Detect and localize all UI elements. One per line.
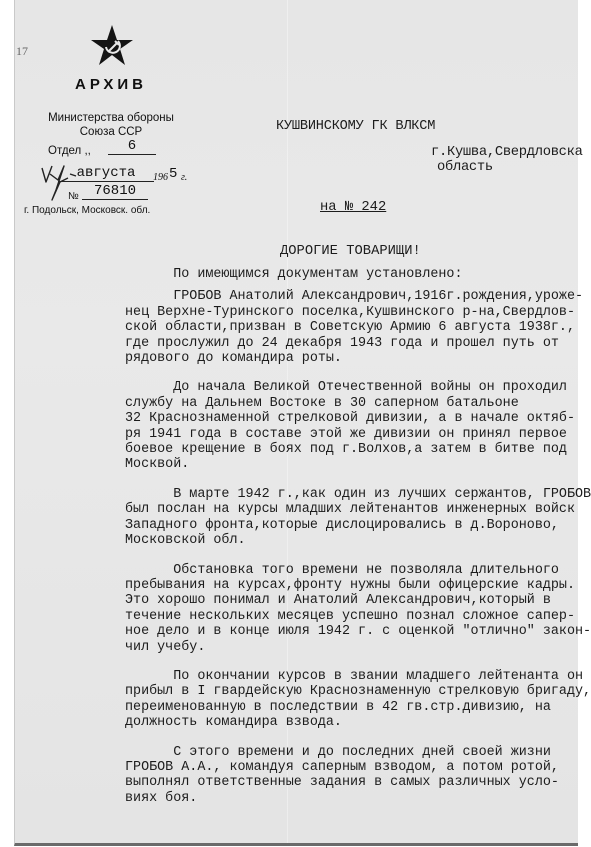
letter-paragraph: По имеющимся документам установлено: xyxy=(125,267,585,282)
letter-paragraph: С этого времени и до последних дней свое… xyxy=(125,745,585,807)
year-digit: 5 xyxy=(169,166,177,182)
letter-line: До начала Великой Отечественной войны он… xyxy=(125,380,585,395)
letter-paragraph: В марте 1942 г.,как один из лучших сержа… xyxy=(125,487,585,549)
letter-line: Это хорошо понимал и Анатолий Александро… xyxy=(125,593,585,608)
letter-line: ГРОБОВ Анатолий Александрович,1916г.рожд… xyxy=(125,289,585,304)
letter-line: боевое крещение в боях под г.Волхов,а за… xyxy=(125,442,585,457)
recipient: КУШВИНСКОМУ ГК ВЛКСМ xyxy=(276,119,435,134)
letter-line: ное дело и в конце июля 1942 г. с оценко… xyxy=(125,624,585,639)
archive-title: АРХИВ xyxy=(20,76,202,93)
union-name: Союза ССР xyxy=(20,126,202,138)
handwritten-signature-icon xyxy=(38,160,78,202)
address-region: область xyxy=(437,160,493,175)
letter-line: выполнял ответственные задания в самых р… xyxy=(125,775,585,790)
letter-line: виях боя. xyxy=(125,791,585,806)
reference-number: на № 242 xyxy=(320,200,386,215)
letter-line: нец Верхне-Туринского поселка,Кушвинског… xyxy=(125,305,585,320)
letter-line: С этого времени и до последних дней свое… xyxy=(125,745,585,760)
letter-line: рядового до командира роты. xyxy=(125,351,585,366)
address-city: г.Кушва,Свердловска xyxy=(431,145,583,160)
letter-line: службу на Дальнем Востоке в 30 саперном … xyxy=(125,396,585,411)
letter-line: По имеющимся документам установлено: xyxy=(125,267,585,282)
archive-city: г. Подольск, Московск. обл. xyxy=(24,205,204,216)
letter-line: В марте 1942 г.,как один из лучших сержа… xyxy=(125,487,585,502)
letter-paragraph: Обстановка того времени не позволяла дли… xyxy=(125,563,585,655)
letter-line: должность командира взвода. xyxy=(125,715,585,730)
letter-line: По окончании курсов в звании младшего ле… xyxy=(125,669,585,684)
archive-number: 76810 xyxy=(82,183,148,200)
letter-line: течение нескольких месяцев успешно позна… xyxy=(125,609,585,624)
letter-line: Московской обл. xyxy=(125,533,585,548)
year-suffix: г. xyxy=(181,172,187,183)
letter-line: чил учебу. xyxy=(125,640,585,655)
salutation: ДОРОГИЕ ТОВАРИЩИ! xyxy=(280,244,421,259)
dept-quote: ,, xyxy=(84,145,90,157)
letter-body: По имеющимся документам установлено: ГРО… xyxy=(125,267,585,820)
letter-line: 32 Краснознаменной стрелковой дивизии, а… xyxy=(125,411,585,426)
letter-line: прибыл в I гвардейскую Краснознаменную с… xyxy=(125,684,585,699)
archive-stamp: АРХИВ Министерства обороны Союза ССР Отд… xyxy=(20,0,200,215)
letter-paragraph: До начала Великой Отечественной войны он… xyxy=(125,380,585,472)
letter-line: пребывания на курсах,фронту нужны были о… xyxy=(125,578,585,593)
letter-paragraph: По окончании курсов в звании младшего ле… xyxy=(125,669,585,731)
ministry-name: Министерства обороны xyxy=(20,112,202,124)
letter-line: был послан на курсы младших лейтенантов … xyxy=(125,502,585,517)
letter-line: ря 1941 года в составе этой же дивизии о… xyxy=(125,427,585,442)
red-star-hammer-sickle-icon xyxy=(91,25,133,65)
letter-line: переименованную в последствии в 42 гв.ст… xyxy=(125,700,585,715)
letter-line: ГРОБОВ А.А., командуя саперным взводом, … xyxy=(125,760,585,775)
letter-line: Обстановка того времени не позволяла дли… xyxy=(125,563,585,578)
letter-line: Москвой. xyxy=(125,457,585,472)
letter-paragraph: ГРОБОВ Анатолий Александрович,1916г.рожд… xyxy=(125,289,585,366)
letter-line: ской области,призван в Советскую Армию 6… xyxy=(125,320,585,335)
dept-value: 6 xyxy=(108,138,156,155)
letter-line: Западного фронта,которые дислоцировались… xyxy=(125,518,585,533)
year-prefix: 196 xyxy=(153,172,168,183)
dept-label: Отдел ,, xyxy=(48,145,91,157)
dept-label-text: Отдел xyxy=(48,145,81,157)
letter-line: где прослужил до 24 декабря 1943 года и … xyxy=(125,336,585,351)
